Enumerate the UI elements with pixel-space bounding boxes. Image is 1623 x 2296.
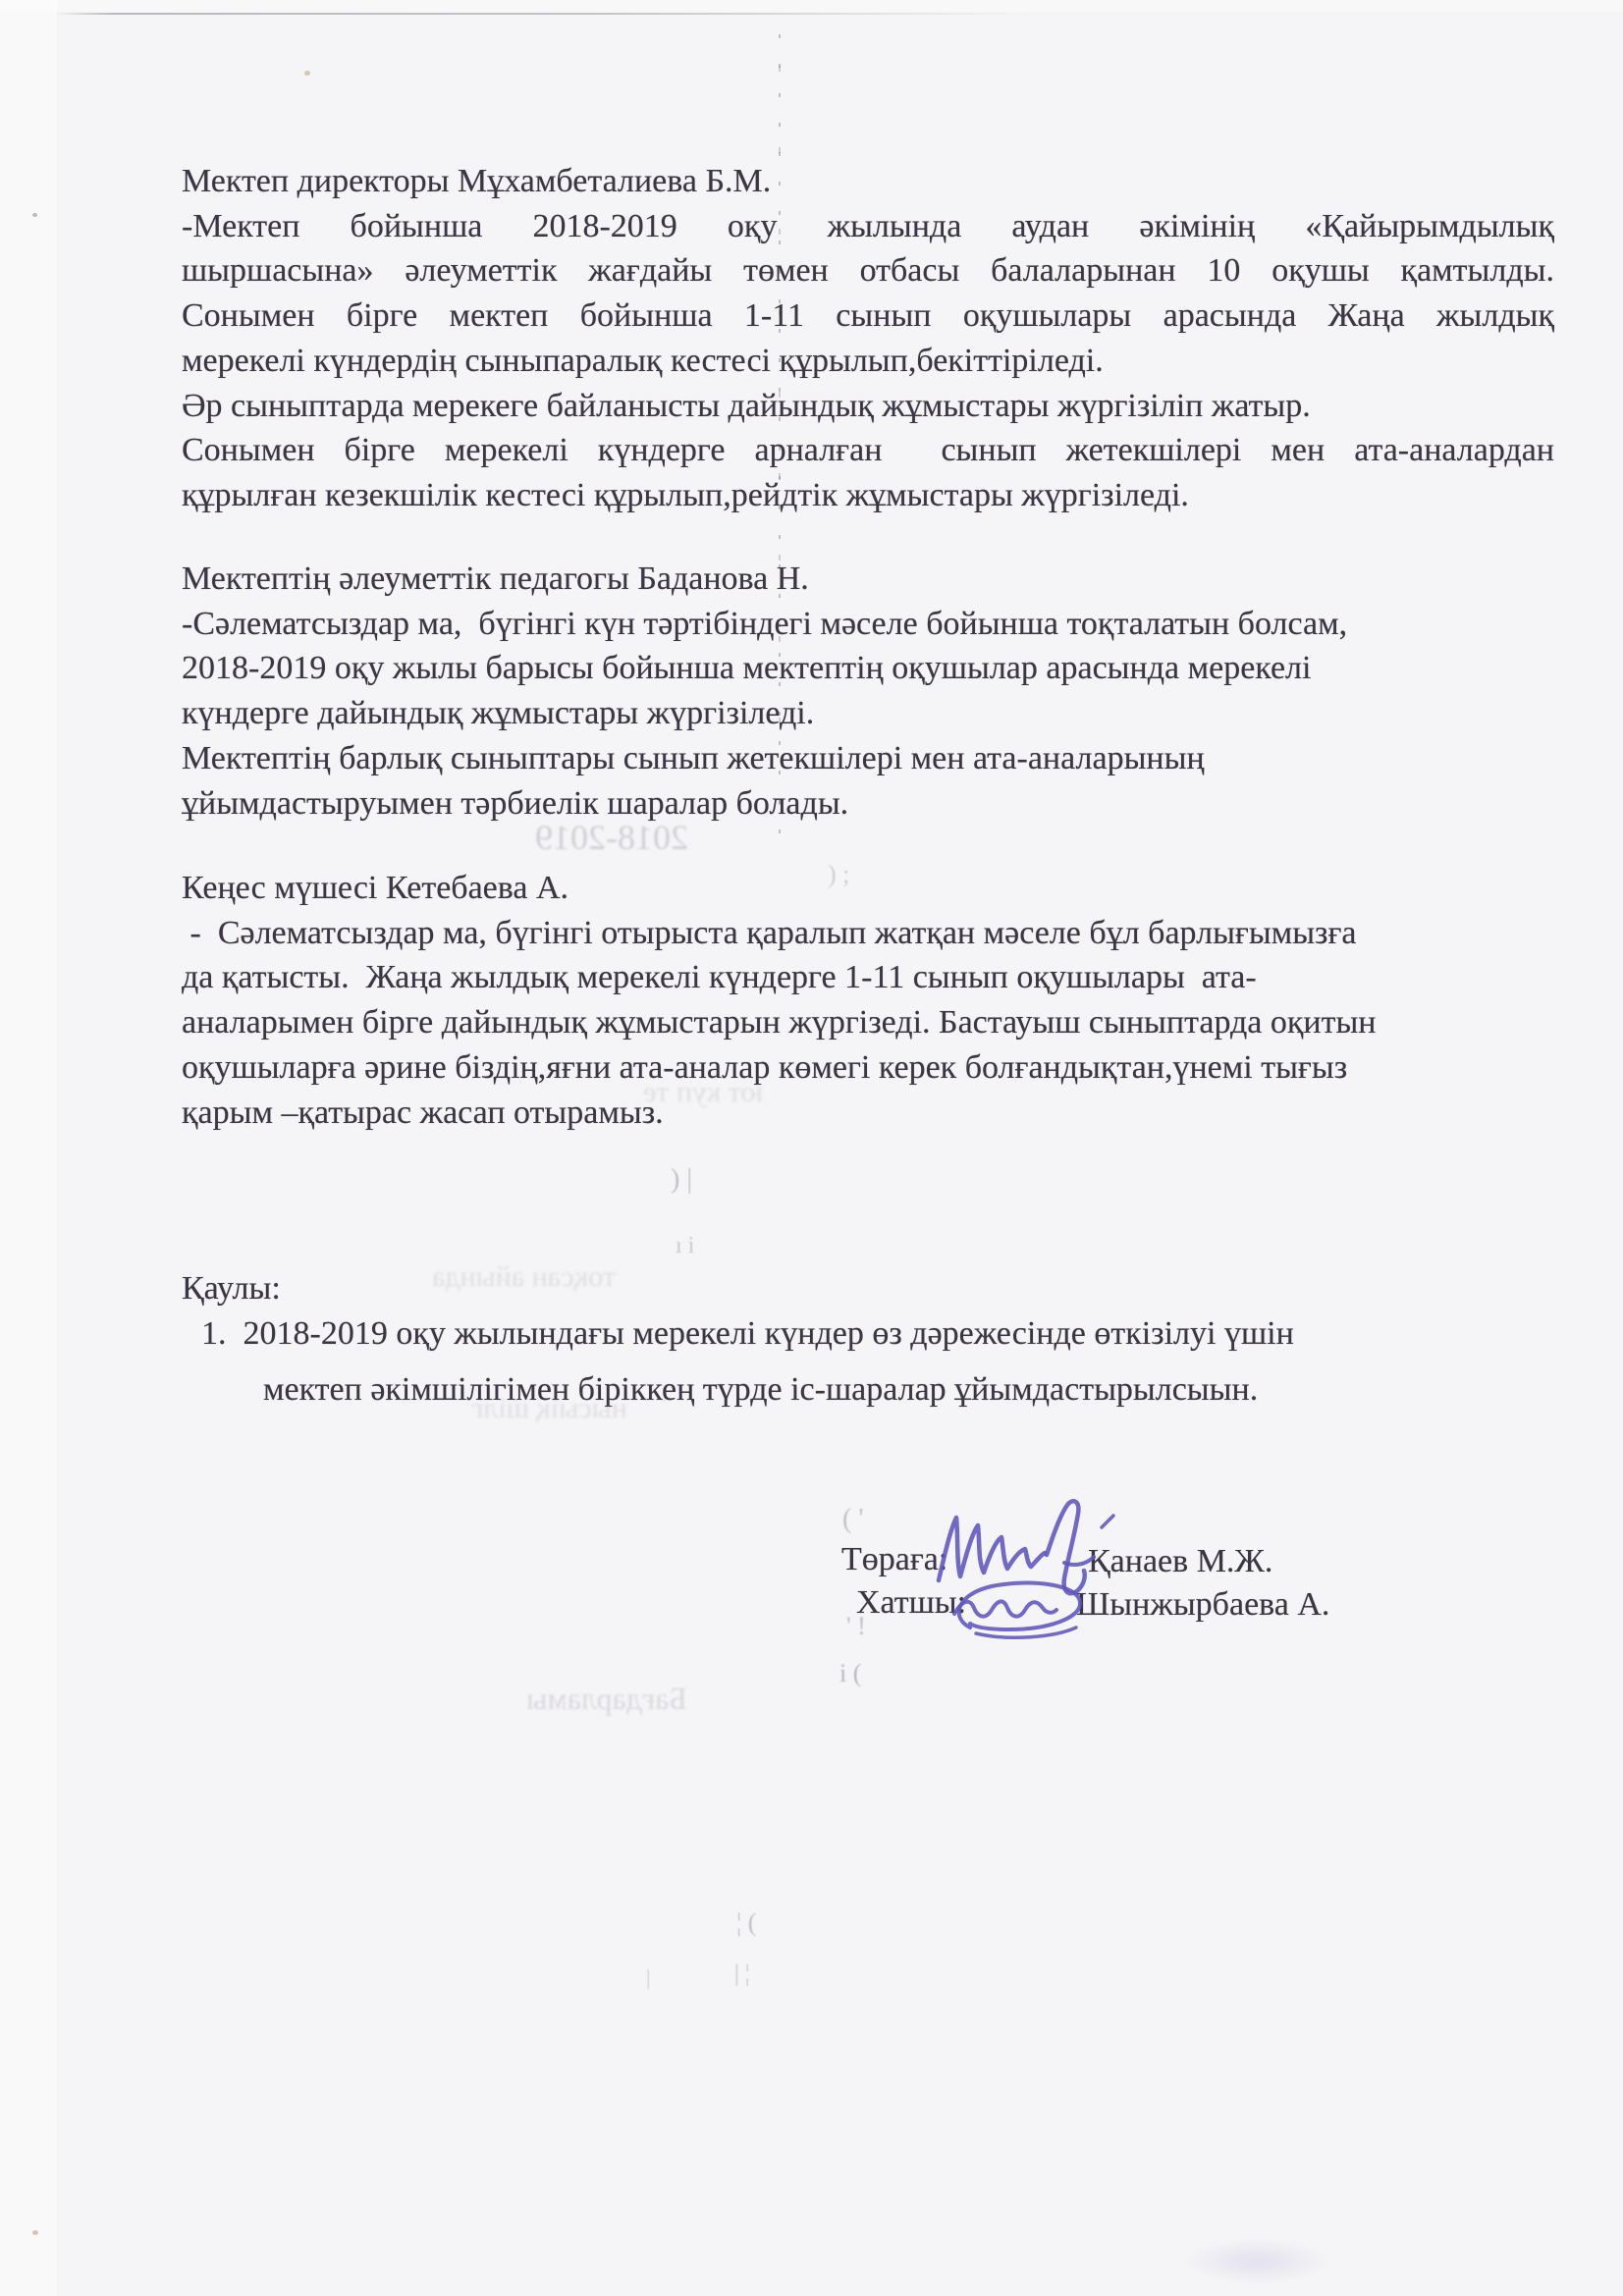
text-line: да қатысты. Жаңа жылдық мерекелі күндерг… [182, 955, 1558, 1000]
text-line: Әр сыныптарда мерекеге байланысты дайынд… [182, 384, 1554, 429]
bleed-through-fragment: ( ' [842, 1504, 863, 1535]
paragraph-council-member-speech: Кеңес мүшесі Кетебаева А. - Сәлематсызда… [182, 866, 1558, 1135]
bleed-through-fragment: ı і [676, 1233, 694, 1259]
text-line: Мектептің әлеуметтік педагогы Баданова Н… [182, 557, 1554, 602]
scan-speck [304, 71, 310, 76]
paper-edge-line [54, 13, 1036, 15]
text-line: Мектеп директоры Мұхамбеталиева Б.М. [182, 159, 1554, 204]
paragraph-director-speech: Мектеп директоры Мұхамбеталиева Б.М.-Мек… [182, 159, 1554, 518]
bleed-through-fragment: | [646, 1965, 650, 1991]
text-line: мерекелі күндердің сыныпаралық кестесі қ… [182, 339, 1554, 384]
text-line: -Мектеп бойынша 2018-2019 оқу жылында ау… [182, 204, 1554, 249]
text-line: -Сәлематсыздар ма, бүгінгі күн тәртібінд… [182, 602, 1554, 647]
bleed-through-fragment: ) | [671, 1164, 692, 1196]
paper-top-strip [0, 0, 1623, 12]
text-line: күндерге дайындық жұмыстары жүргізіледі. [182, 691, 1554, 736]
text-line: Мектептің барлық сыныптары сынып жетекші… [182, 736, 1554, 781]
scanner-edge-strip [0, 0, 57, 2296]
text-line: ұйымдастыруымен тәрбиелік шаралар болады… [182, 781, 1554, 827]
text-line: шыршасына» әлеуметтік жағдайы төмен отба… [182, 248, 1554, 294]
secretary-signature [941, 1567, 1098, 1651]
text-line: оқушыларға әрине біздің,яғни ата-аналар … [182, 1045, 1558, 1091]
bleed-through-fragment: ¦ ( [736, 1908, 756, 1938]
text-line: құрылған кезекшілік кестесі құрылып,рейд… [182, 473, 1554, 518]
text-line: Кеңес мүшесі Кетебаева А. [182, 866, 1558, 911]
text-line: - Сәлематсыздар ма, бүгінгі отырыста қар… [182, 911, 1558, 956]
scanned-document-page: Мектеп директоры Мұхамбеталиева Б.М.-Мек… [0, 0, 1623, 2296]
resolution-heading: Қаулы: [182, 1266, 281, 1311]
scan-speck [32, 2230, 38, 2235]
bleed-through-fragment: Бағдарламы [526, 1681, 687, 1717]
text-line: аналарымен бірге дайындық жұмыстарын жүр… [182, 1000, 1558, 1045]
resolution-item-line1: 1. 2018-2019 оқу жылындағы мерекелі күнд… [201, 1311, 1294, 1357]
scan-speck [32, 213, 37, 217]
text-line: 2018-2019 оқу жылы барысы бойынша мектеп… [182, 646, 1554, 691]
resolution-item-line2: мектеп әкімшілігімен біріккең түрде іс-ш… [263, 1367, 1258, 1413]
bleed-through-fragment: тоқсан айында [432, 1260, 616, 1294]
text-line: Сонымен бірге мектеп бойынша 1-11 сынып … [182, 294, 1554, 339]
bleed-through-fragment: і ( [839, 1659, 861, 1688]
text-line: Сонымен бірге мерекелі күндерге арналған… [182, 428, 1554, 473]
paragraph-social-pedagogue-speech: Мектептің әлеуметтік педагогы Баданова Н… [182, 557, 1554, 826]
bleed-through-fragment: | ¦ [734, 1961, 750, 1988]
text-line: қарым –қатырас жасап отырамыз. [182, 1091, 1558, 1136]
ink-smudge [1183, 2238, 1330, 2285]
